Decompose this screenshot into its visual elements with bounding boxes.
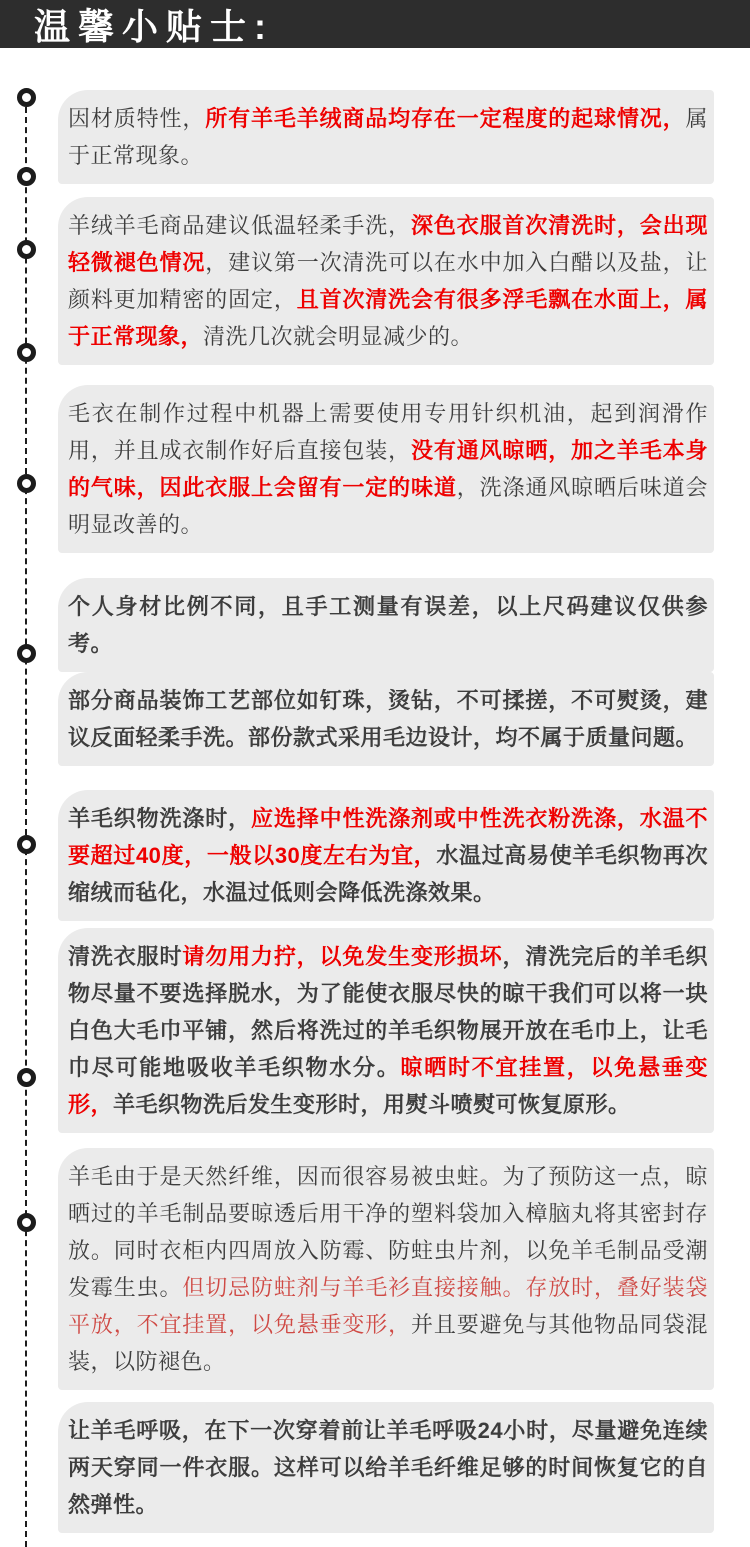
tip-block-moth-storage: 羊毛由于是天然纤维，因而很容易被虫蛀。为了预防这一点，晾晒过的羊毛制品要晾透后用… [58, 1148, 714, 1390]
tip-block-wring-drying: 清洗衣服时请勿用力拧，以免发生变形损坏，清洗完后的羊毛织物尽量不要选择脱水，为了… [58, 928, 714, 1133]
tip-text-segment: 部分商品装饰工艺部位如钉珠，烫钻，不可揉搓，不可熨烫，建议反面轻柔手洗。部份款式… [68, 688, 708, 750]
tips-header-title: 温馨小贴士: [0, 0, 274, 50]
tip-block-first-wash-fading: 羊绒羊毛商品建议低温轻柔手洗，深色衣服首次清洗时，会出现轻微褪色情况，建议第一次… [58, 197, 714, 365]
timeline-dot-icon [17, 167, 36, 186]
tip-text-segment: 清洗衣服时 [68, 944, 182, 969]
tip-text-segment: 清洗几次就会明显减少的。 [203, 324, 473, 349]
timeline-dot-icon [17, 474, 36, 493]
timeline-dot-icon [17, 1213, 36, 1232]
timeline-dashed-line [25, 97, 27, 1547]
tip-text-segment: 羊毛织物洗涤时， [68, 806, 251, 831]
tip-block-pilling-notice: 因材质特性，所有羊毛羊绒商品均存在一定程度的起球情况，属于正常现象。 [58, 90, 714, 184]
tip-text-segment: 所有羊毛羊绒商品均存在一定程度的起球情况， [205, 106, 685, 131]
tip-block-machine-oil-smell: 毛衣在制作过程中机器上需要使用专用针织机油，起到润滑作用，并且成衣制作好后直接包… [58, 385, 714, 553]
tip-block-size-reference: 个人身材比例不同，且手工测量有误差，以上尺码建议仅供参考。 [58, 578, 714, 672]
tip-text-segment: 因材质特性， [68, 106, 205, 131]
timeline-dot-icon [17, 1068, 36, 1087]
timeline-dot-icon [17, 88, 36, 107]
timeline-dot-icon [17, 644, 36, 663]
tip-text-segment: 羊绒羊毛商品建议低温轻柔手洗， [68, 213, 411, 238]
tip-text-segment: 请勿用力拧，以免发生变形损坏 [182, 944, 502, 969]
tip-text-segment: 个人身材比例不同，且手工测量有误差，以上尺码建议仅供参考。 [68, 594, 708, 656]
tip-block-detergent-temperature: 羊毛织物洗涤时，应选择中性洗涤剂或中性洗衣粉洗涤，水温不要超过40度，一般以30… [58, 790, 714, 921]
timeline-dot-icon [17, 240, 36, 259]
tips-header-bar: 温馨小贴士: [0, 0, 750, 48]
timeline-dot-icon [17, 343, 36, 362]
tip-text-segment: 羊毛织物洗后发生变形时，用熨斗喷熨可恢复原形。 [113, 1092, 631, 1117]
tip-block-decoration-care: 部分商品装饰工艺部位如钉珠，烫钻，不可揉搓，不可熨烫，建议反面轻柔手洗。部份款式… [58, 672, 714, 766]
timeline-dot-icon [17, 835, 36, 854]
tip-block-wool-breathing: 让羊毛呼吸，在下一次穿着前让羊毛呼吸24小时，尽量避免连续两天穿同一件衣服。这样… [58, 1402, 714, 1533]
tip-text-segment: 让羊毛呼吸，在下一次穿着前让羊毛呼吸24小时，尽量避免连续两天穿同一件衣服。这样… [68, 1418, 708, 1517]
